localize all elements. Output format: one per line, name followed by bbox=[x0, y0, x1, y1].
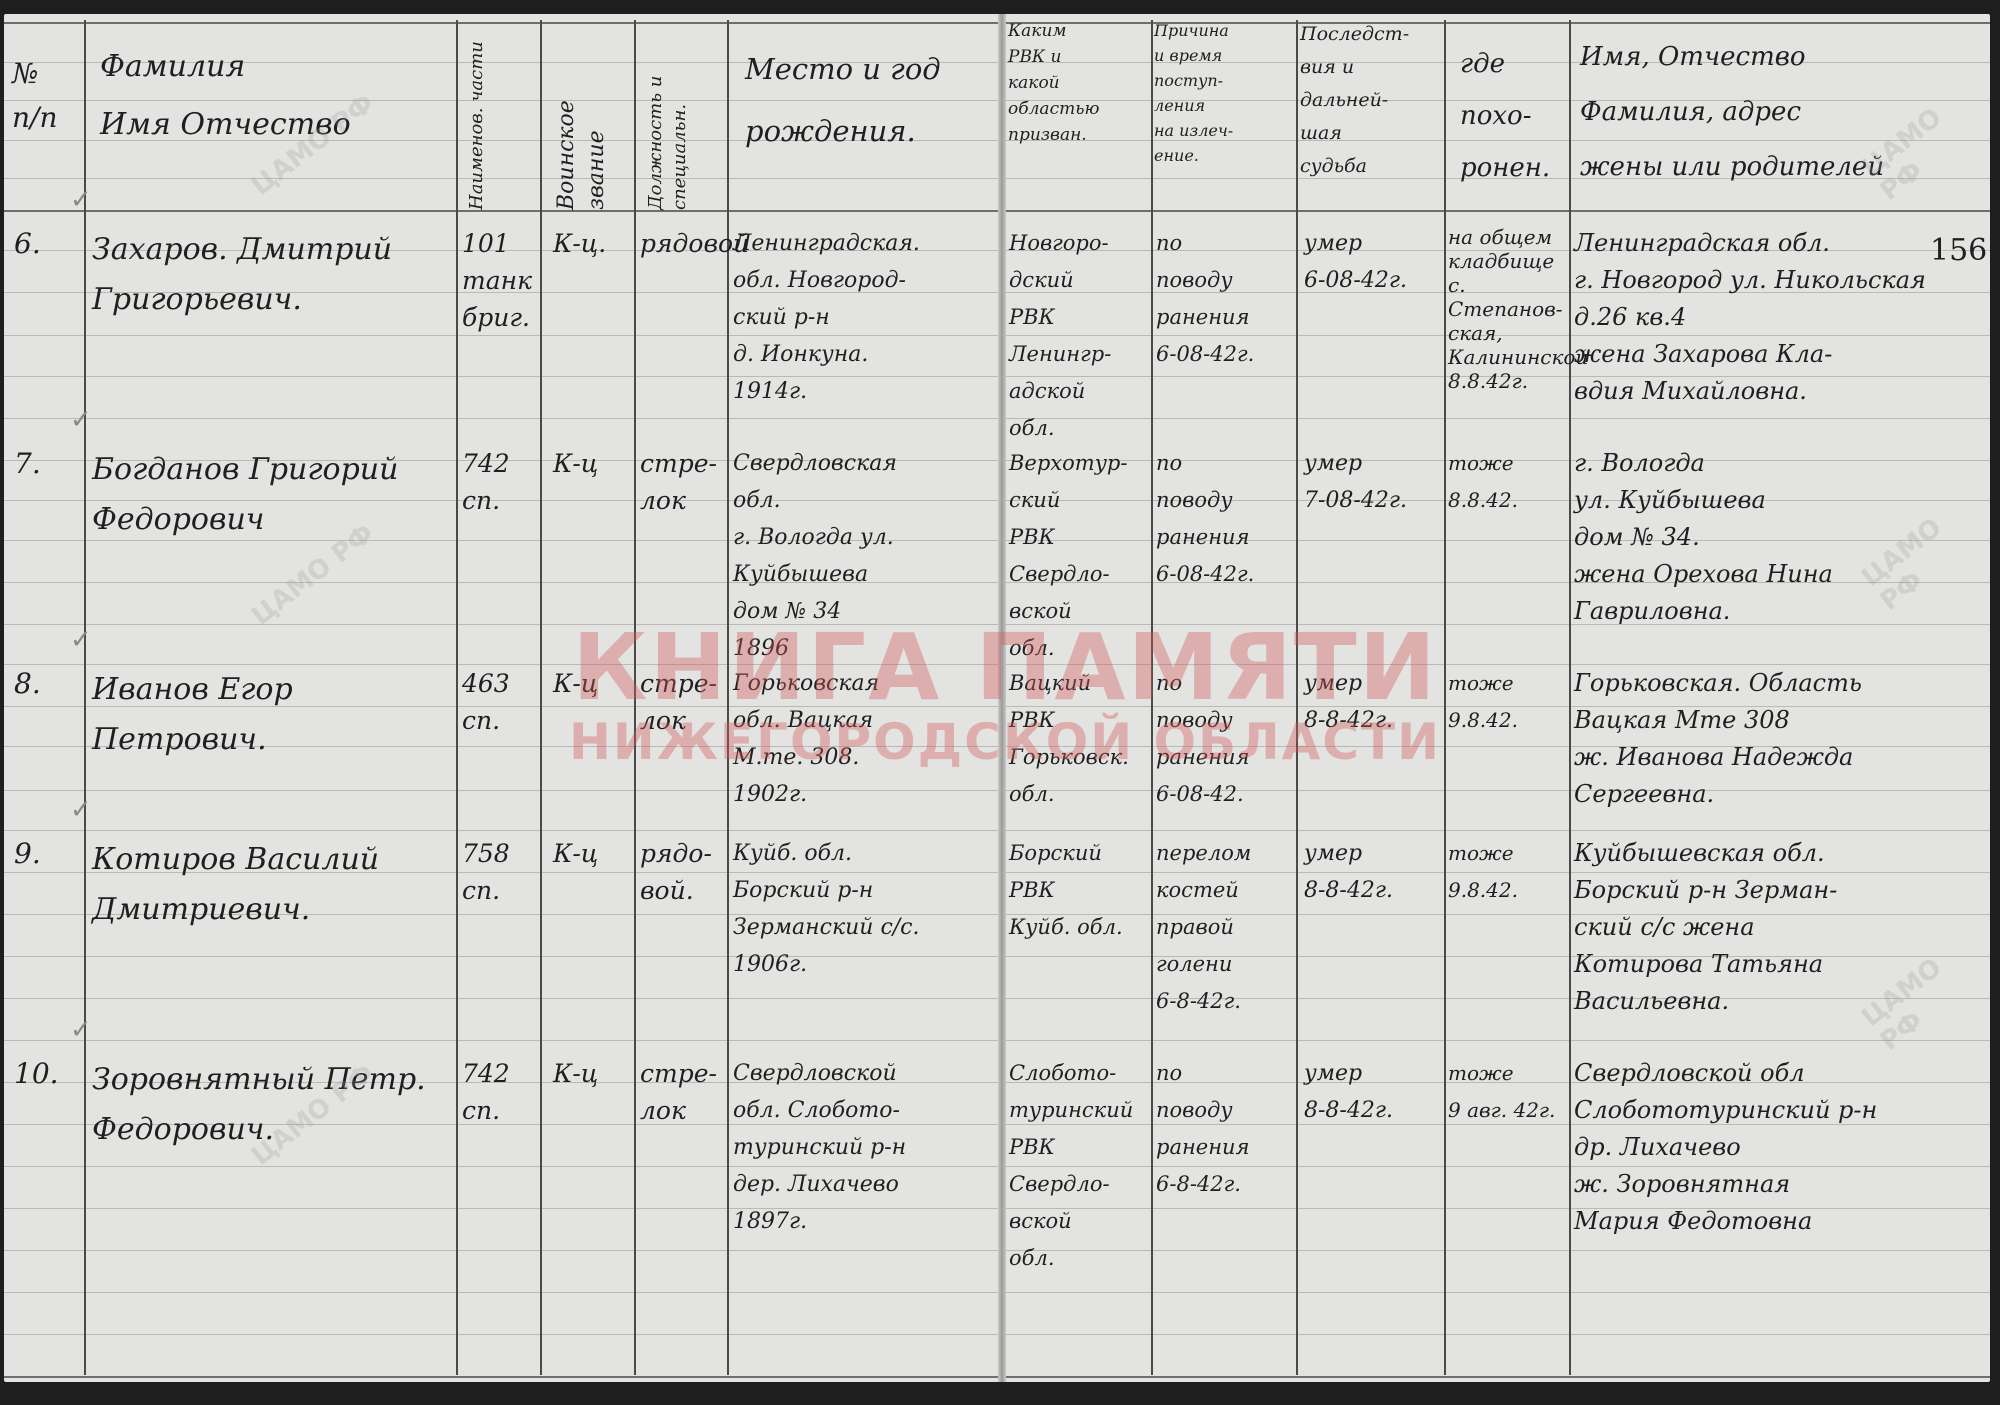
ruled-line bbox=[4, 210, 1990, 212]
cell-cause: по поводу ранения 6-08-42г. bbox=[1156, 225, 1294, 373]
cell-buried: на общем кладбище с. Степанов- ская, Кал… bbox=[1448, 225, 1568, 393]
cell-birth: Горьковская обл. Вацкая М.те. 308. 1902г… bbox=[733, 665, 995, 813]
cell-draft: Вацкий РВК Горьковск. обл. bbox=[1009, 665, 1149, 813]
cell-num: 7. bbox=[14, 445, 82, 482]
cell-buried: тоже 9 авг. 42г. bbox=[1448, 1055, 1568, 1129]
cell-rank: К-ц bbox=[553, 1055, 633, 1092]
header-draft-office: Каким РВК и какой областью призван. bbox=[1008, 18, 1150, 148]
cell-fate: умер 8-8-42г. bbox=[1304, 665, 1444, 739]
header-unit: Наименов. части bbox=[465, 40, 535, 210]
cell-birth: Свердловская обл. г. Вологда ул. Куйбыше… bbox=[733, 445, 995, 667]
cell-draft: Слобото- туринский РВК Свердло- вской об… bbox=[1009, 1055, 1149, 1277]
header-relatives: Имя, Отчество Фамилия, адрес жены или ро… bbox=[1580, 30, 1990, 195]
ruled-line bbox=[4, 1250, 1990, 1251]
cell-name: Иванов Егор Петрович. bbox=[92, 665, 457, 765]
column-divider bbox=[727, 20, 729, 1375]
header-birthplace: Место и год рождения. bbox=[745, 38, 995, 162]
cell-rank: К-ц bbox=[553, 665, 633, 702]
cell-relatives: Горьковская. Область Вацкая Мте 308 ж. И… bbox=[1574, 665, 1986, 813]
cell-position: рядо- вой. bbox=[640, 835, 726, 909]
cell-name: Зоровнятный Петр. Федорович. bbox=[92, 1055, 457, 1155]
cell-position: рядовой bbox=[640, 225, 726, 262]
column-divider bbox=[1569, 20, 1571, 1375]
cell-fate: умер 8-8-42г. bbox=[1304, 1055, 1444, 1129]
cell-cause: по поводу ранения 6-08-42г. bbox=[1156, 445, 1294, 593]
cell-num: 10. bbox=[14, 1055, 82, 1092]
ruled-line bbox=[4, 830, 1990, 831]
cell-name: Захаров. Дмитрий Григорьевич. bbox=[92, 225, 457, 325]
ruled-line bbox=[4, 418, 1990, 419]
cell-birth: Свердловской обл. Слобото- туринский р-н… bbox=[733, 1055, 995, 1240]
cell-num: 9. bbox=[14, 835, 82, 872]
cell-name: Котиров Василий Дмитриевич. bbox=[92, 835, 457, 935]
cell-relatives: г. Вологда ул. Куйбышева дом № 34. жена … bbox=[1574, 445, 1986, 630]
book-spine bbox=[998, 14, 1006, 1382]
ruled-line bbox=[4, 22, 1990, 24]
cell-rank: К-ц bbox=[553, 445, 633, 482]
ruled-line bbox=[4, 1376, 1990, 1378]
cell-num: 6. bbox=[14, 225, 82, 262]
check-mark-icon: ✓ bbox=[70, 795, 92, 825]
header-position: Должность и специальн. bbox=[644, 28, 716, 210]
cell-relatives: Куйбышевская обл. Борский р-н Зерман- ск… bbox=[1574, 835, 1986, 1020]
cell-draft: Борский РВК Куйб. обл. bbox=[1009, 835, 1149, 946]
header-cause: Причина и время поступ- ления на излеч- … bbox=[1154, 18, 1294, 168]
cell-fate: умер 6-08-42г. bbox=[1304, 225, 1444, 299]
cell-rank: К-ц. bbox=[553, 225, 633, 262]
column-divider bbox=[1444, 20, 1446, 1375]
cell-cause: по поводу ранения 6-08-42. bbox=[1156, 665, 1294, 813]
cell-draft: Верхотур- ский РВК Свердло- вской обл. bbox=[1009, 445, 1149, 667]
ruled-line bbox=[4, 1040, 1990, 1041]
cell-birth: Куйб. обл. Борский р-н Зерманский с/с. 1… bbox=[733, 835, 995, 983]
check-mark-icon: ✓ bbox=[70, 625, 92, 655]
ruled-line bbox=[4, 1292, 1990, 1293]
cell-name: Богданов Григорий Федорович bbox=[92, 445, 457, 545]
cell-buried: тоже 8.8.42. bbox=[1448, 445, 1568, 519]
header-fate: Последст- вия и дальней- шая судьба bbox=[1300, 18, 1442, 183]
header-burial-place: где похо- ронен. bbox=[1460, 38, 1570, 194]
cell-cause: перелом костей правой голени 6-8-42г. bbox=[1156, 835, 1294, 1020]
cell-position: стре- лок bbox=[640, 1055, 726, 1129]
check-mark-icon: ✓ bbox=[70, 1015, 92, 1045]
cell-position: стре- лок bbox=[640, 665, 726, 739]
cell-unit: 463 сп. bbox=[462, 665, 538, 739]
cell-birth: Ленинградская. обл. Новгород- ский р-н д… bbox=[733, 225, 995, 410]
cell-fate: умер 8-8-42г. bbox=[1304, 835, 1444, 909]
cell-rank: К-ц bbox=[553, 835, 633, 872]
check-mark-icon: ✓ bbox=[70, 185, 92, 215]
column-divider bbox=[540, 20, 542, 1375]
check-mark-icon: ✓ bbox=[70, 405, 92, 435]
header-full-name: Фамилия Имя Отчество bbox=[100, 38, 450, 154]
cell-relatives: Ленинградская обл. г. Новгород ул. Никол… bbox=[1574, 225, 1986, 410]
cell-fate: умер 7-08-42г. bbox=[1304, 445, 1444, 519]
column-divider bbox=[1296, 20, 1298, 1375]
cell-num: 8. bbox=[14, 665, 82, 702]
cell-relatives: Свердловской обл Слобототуринский р-н др… bbox=[1574, 1055, 1986, 1240]
cell-unit: 742 сп. bbox=[462, 1055, 538, 1129]
cell-unit: 101 танк бриг. bbox=[462, 225, 538, 336]
cell-cause: по поводу ранения 6-8-42г. bbox=[1156, 1055, 1294, 1203]
cell-position: стре- лок bbox=[640, 445, 726, 519]
cell-buried: тоже 9.8.42. bbox=[1448, 665, 1568, 739]
cell-draft: Новгоро- дский РВК Ленингр- адской обл. bbox=[1009, 225, 1149, 447]
column-divider bbox=[84, 20, 86, 1375]
cell-unit: 758 сп. bbox=[462, 835, 538, 909]
ruled-line bbox=[4, 1334, 1990, 1335]
column-divider bbox=[1151, 20, 1153, 1375]
header-number: № п/п bbox=[12, 52, 82, 140]
cell-unit: 742 сп. bbox=[462, 445, 538, 519]
header-rank: Воинское звание bbox=[552, 30, 622, 210]
column-divider bbox=[634, 20, 636, 1375]
cell-buried: тоже 9.8.42. bbox=[1448, 835, 1568, 909]
